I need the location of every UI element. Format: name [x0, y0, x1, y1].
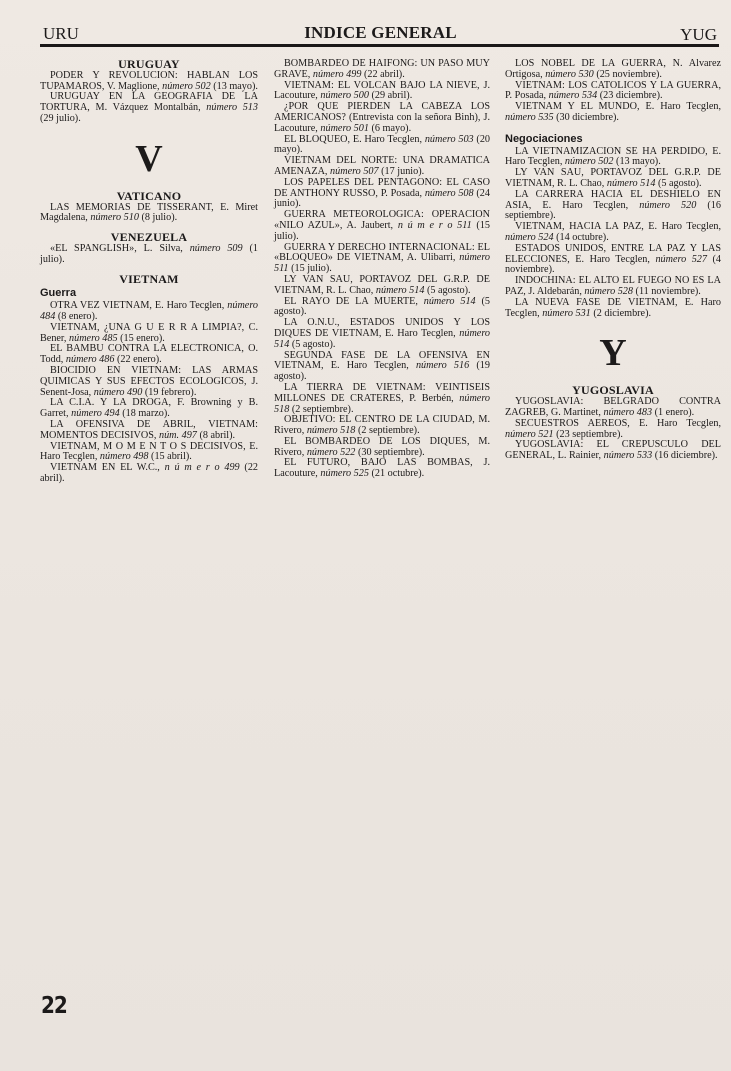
- issue-date: (8 enero).: [55, 311, 97, 322]
- section-letter: V: [40, 139, 258, 179]
- issue-date: (2 diciembre).: [591, 308, 651, 319]
- issue-number: número 534: [549, 90, 598, 101]
- issue-date: (13 mayo).: [211, 81, 258, 92]
- issue-date: (15 abril).: [149, 451, 192, 462]
- country-section: URUGUAYPODER Y REVOLUCION: HABLAN LOS TU…: [40, 59, 258, 125]
- issue-date: (2 septiembre).: [289, 404, 353, 415]
- column-1: URUGUAYPODER Y REVOLUCION: HABLAN LOS TU…: [40, 59, 258, 493]
- issue-date: (2 septiembre).: [355, 425, 419, 436]
- issue-date: (6 mayo).: [369, 123, 411, 134]
- index-entry: LY VAN SAU, PORTAVOZ DEL G.R.P. DE VIETN…: [505, 168, 721, 190]
- index-entry: LA OFENSIVA DE ABRIL, VIETNAM: MOMENTOS …: [40, 420, 258, 442]
- index-page: URU INDICE GENERAL YUG URUGUAYPODER Y RE…: [0, 0, 731, 1071]
- index-entry: LA C.I.A. Y LA DROGA, F. Browning y B. G…: [40, 398, 258, 420]
- issue-date: (14 octubre).: [554, 232, 609, 243]
- issue-date: (22 enero).: [114, 354, 161, 365]
- index-entry: INDOCHINA: EL ALTO EL FUEGO NO ES LA PAZ…: [505, 276, 721, 298]
- issue-date: (16 diciembre).: [652, 450, 717, 461]
- header-rule: [40, 44, 719, 47]
- issue-number: número 521: [505, 429, 554, 440]
- issue-number: núm. 497: [159, 430, 197, 441]
- issue-date: (25 noviembre).: [594, 69, 662, 80]
- index-entry: BIOCIDIO EN VIETNAM: LAS ARMAS QUIMICAS …: [40, 366, 258, 398]
- index-entry: VIETNAM Y EL MUNDO, E. Haro Tecglen, núm…: [505, 102, 721, 124]
- header-right-range: YUG: [680, 25, 717, 45]
- index-entry: ESTADOS UNIDOS, ENTRE LA PAZ Y LAS ELECC…: [505, 244, 721, 276]
- issue-number: número 527: [655, 254, 707, 265]
- index-entry: LA TIERRA DE VIETNAM: VEINTISEIS MILLONE…: [274, 383, 490, 415]
- continued-entries: LOS NOBEL DE LA GUERRA, N. Alvarez Ortig…: [505, 59, 721, 124]
- issue-number: número 503: [425, 134, 474, 145]
- entry-title: LA TIERRA DE VIETNAM: VEINTISEIS MILLONE…: [274, 382, 490, 404]
- index-entry: LAS MEMORIAS DE TISSERANT, E. Miret Magd…: [40, 203, 258, 225]
- issue-number: número 520: [639, 200, 696, 211]
- issue-number: número 485: [69, 333, 118, 344]
- index-entry: LA O.N.U., ESTADOS UNIDOS Y LOS DIQUES D…: [274, 318, 490, 350]
- index-entry: EL BOMBARDEO DE LOS DIQUES, M. Rivero, n…: [274, 437, 490, 459]
- index-entry: VIETNAM, ¿UNA G U E R R A LIMPIA?, C. Be…: [40, 323, 258, 345]
- issue-number: número 514: [376, 285, 425, 296]
- country-section: VATICANOLAS MEMORIAS DE TISSERANT, E. Mi…: [40, 191, 258, 224]
- continued-entries: BOMBARDEO DE HAIFONG: UN PASO MUY GRAVE,…: [274, 59, 490, 480]
- index-entry: LOS PAPELES DEL PENTAGONO: EL CASO DE AN…: [274, 178, 490, 210]
- page-number: 22: [41, 991, 67, 1019]
- issue-date: (15 enero).: [118, 333, 165, 344]
- index-entry: VIETNAM, M O M E N T O S DECISIVOS, E. H…: [40, 442, 258, 464]
- issue-number: número 486: [66, 354, 115, 365]
- issue-number: número 528: [584, 286, 633, 297]
- entry-title: GUERRA Y DERECHO INTERNACIONAL: EL «BLOQ…: [274, 242, 490, 264]
- column-3: LOS NOBEL DE LA GUERRA, N. Alvarez Ortig…: [505, 59, 721, 470]
- index-entry: VIETNAM: EL VOLCAN BAJO LA NIEVE, J. Lac…: [274, 81, 490, 103]
- index-entry: LOS NOBEL DE LA GUERRA, N. Alvarez Ortig…: [505, 59, 721, 81]
- issue-date: (18 marzo).: [120, 408, 170, 419]
- issue-number: número 507: [330, 166, 379, 177]
- issue-number: número 499: [313, 69, 362, 80]
- index-entry: EL BLOQUEO, E. Haro Tecglen, número 503 …: [274, 135, 490, 157]
- index-entry: SECUESTROS AEREOS, E. Haro Tecglen, núme…: [505, 419, 721, 441]
- entry-title: VIETNAM Y EL MUNDO, E. Haro Tecglen,: [515, 101, 721, 112]
- entry-title: EL RAYO DE LA MUERTE,: [284, 296, 424, 307]
- issue-number: número 516: [416, 360, 469, 371]
- issue-date: (23 diciembre).: [597, 90, 662, 101]
- index-entry: VIETNAM: LOS CATOLICOS Y LA GUERRA, P. P…: [505, 81, 721, 103]
- issue-date: (29 abril).: [369, 90, 412, 101]
- index-entry: PODER Y REVOLUCION: HABLAN LOS TUPAMAROS…: [40, 71, 258, 93]
- issue-number: número 500: [320, 90, 369, 101]
- issue-number: número 524: [505, 232, 554, 243]
- issue-date: (17 junio).: [379, 166, 425, 177]
- issue-date: (5 agosto).: [424, 285, 470, 296]
- index-entry: SEGUNDA FASE DE LA OFENSIVA EN VIETNAM, …: [274, 351, 490, 383]
- country-heading: VENEZUELA: [40, 232, 258, 243]
- issue-number: n ú m e r o 499: [165, 462, 240, 473]
- page-title: INDICE GENERAL: [40, 23, 721, 43]
- column-2: BOMBARDEO DE HAIFONG: UN PASO MUY GRAVE,…: [274, 59, 490, 488]
- index-entry: LY VAN SAU, PORTAVOZ DEL G.R.P. DE VIETN…: [274, 275, 490, 297]
- index-entry: EL BAMBU CONTRA LA ELECTRONICA, O. Todd,…: [40, 344, 258, 366]
- index-entry: OTRA VEZ VIETNAM, E. Haro Tecglen, númer…: [40, 301, 258, 323]
- issue-date: (30 diciembre).: [554, 112, 619, 123]
- index-entry: VIETNAM, HACIA LA PAZ, E. Haro Tecglen, …: [505, 222, 721, 244]
- country-section: VIETNAMGuerraOTRA VEZ VIETNAM, E. Haro T…: [40, 274, 258, 485]
- issue-number: número 509: [190, 243, 243, 254]
- country-section: VENEZUELA«EL SPANGLISH», L. Silva, númer…: [40, 232, 258, 265]
- issue-number: número 508: [425, 188, 474, 199]
- index-entry: «EL SPANGLISH», L. Silva, número 509 (1 …: [40, 244, 258, 266]
- issue-date: (29 julio).: [40, 113, 81, 124]
- index-entry: GUERRA Y DERECHO INTERNACIONAL: EL «BLOQ…: [274, 243, 490, 275]
- issue-number: número 518: [307, 425, 356, 436]
- entry-title: LA O.N.U., ESTADOS UNIDOS Y LOS DIQUES D…: [274, 317, 490, 339]
- issue-number: número 533: [604, 450, 653, 461]
- index-entry: VIETNAM DEL NORTE: UNA DRAMATICA AMENAZA…: [274, 156, 490, 178]
- issue-date: (13 mayo).: [614, 156, 661, 167]
- issue-number: número 514: [424, 296, 476, 307]
- subsection: NegociacionesLA VIETNAMIZACION SE HA PER…: [505, 134, 721, 320]
- issue-number: número 522: [307, 447, 356, 458]
- issue-date: (8 abril).: [197, 430, 235, 441]
- issue-date: (19 febrero).: [142, 387, 196, 398]
- entry-title: «EL SPANGLISH», L. Silva,: [50, 243, 190, 254]
- issue-date: (22 abril).: [361, 69, 404, 80]
- index-entry: LA VIETNAMIZACION SE HA PERDIDO, E. Haro…: [505, 147, 721, 169]
- issue-number: n ú m e r o 511: [398, 220, 472, 231]
- issue-number: número 535: [505, 112, 554, 123]
- index-entry: VIETNAM EN EL W.C., n ú m e r o 499 (22 …: [40, 463, 258, 485]
- issue-number: número 494: [71, 408, 120, 419]
- index-entry: URUGUAY EN LA GEOGRAFIA DE LA TORTURA, M…: [40, 92, 258, 124]
- issue-date: (15 julio).: [289, 263, 332, 274]
- index-entry: OBJETIVO: EL CENTRO DE LA CIUDAD, M. Riv…: [274, 415, 490, 437]
- index-entry: EL FUTURO, BAJO LAS BOMBAS, J. Lacouture…: [274, 458, 490, 480]
- entry-title: EL BLOQUEO, E. Haro Tecglen,: [284, 134, 425, 145]
- entry-title: VIETNAM EN EL W.C.,: [50, 462, 165, 473]
- issue-number: número 525: [320, 468, 369, 479]
- subsection-heading: Negociaciones: [505, 134, 721, 145]
- issue-number: número 483: [603, 407, 652, 418]
- index-entry: GUERRA METEOROLOGICA: OPERACION «NILO AZ…: [274, 210, 490, 242]
- entry-title: VIETNAM, HACIA LA PAZ, E. Haro Tecglen,: [515, 221, 721, 232]
- issue-date: (1 enero).: [652, 407, 694, 418]
- country-heading: VATICANO: [40, 191, 258, 202]
- issue-number: número 514: [607, 178, 656, 189]
- issue-number: número 498: [100, 451, 149, 462]
- index-entry: LA CARRERA HACIA EL DESHIELO EN ASIA, E.…: [505, 190, 721, 222]
- subsection-heading: Guerra: [40, 288, 258, 299]
- issue-date: (23 septiembre).: [554, 429, 623, 440]
- country-heading: URUGUAY: [40, 59, 258, 70]
- issue-number: número 531: [542, 308, 591, 319]
- issue-date: (21 octubre).: [369, 468, 424, 479]
- issue-date: (5 agosto).: [289, 339, 335, 350]
- index-entry: BOMBARDEO DE HAIFONG: UN PASO MUY GRAVE,…: [274, 59, 490, 81]
- page-header: URU INDICE GENERAL YUG: [40, 22, 721, 46]
- issue-number: número 490: [94, 387, 143, 398]
- issue-number: número 501: [320, 123, 369, 134]
- issue-number: número 502: [565, 156, 614, 167]
- issue-date: (30 septiembre).: [355, 447, 424, 458]
- country-section: YUGOSLAVIAYUGOSLAVIA: BELGRADO CONTRA ZA…: [505, 385, 721, 462]
- issue-date: (5 agosto).: [655, 178, 701, 189]
- issue-date: (8 julio).: [139, 212, 177, 223]
- index-entry: ¿POR QUE PIERDEN LA CABEZA LOS AMERICANO…: [274, 102, 490, 134]
- issue-date: (11 noviembre).: [633, 286, 701, 297]
- entry-title: SECUESTROS AEREOS, E. Haro Tecglen,: [515, 418, 721, 429]
- issue-number: número 502: [162, 81, 211, 92]
- index-entry: YUGOSLAVIA: BELGRADO CONTRA ZAGREB, G. M…: [505, 397, 721, 419]
- issue-number: número 510: [90, 212, 139, 223]
- index-entry: LA NUEVA FASE DE VIETNAM, E. Haro Tecgle…: [505, 298, 721, 320]
- index-entry: YUGOSLAVIA: EL CREPUSCULO DEL GENERAL, L…: [505, 440, 721, 462]
- country-heading: YUGOSLAVIA: [505, 385, 721, 396]
- issue-number: número 530: [545, 69, 594, 80]
- entry-title: OTRA VEZ VIETNAM, E. Haro Tecglen,: [50, 300, 227, 311]
- issue-number: número 513: [206, 102, 258, 113]
- country-heading: VIETNAM: [40, 274, 258, 285]
- index-entry: EL RAYO DE LA MUERTE, número 514 (5 agos…: [274, 297, 490, 319]
- section-letter: Y: [505, 333, 721, 373]
